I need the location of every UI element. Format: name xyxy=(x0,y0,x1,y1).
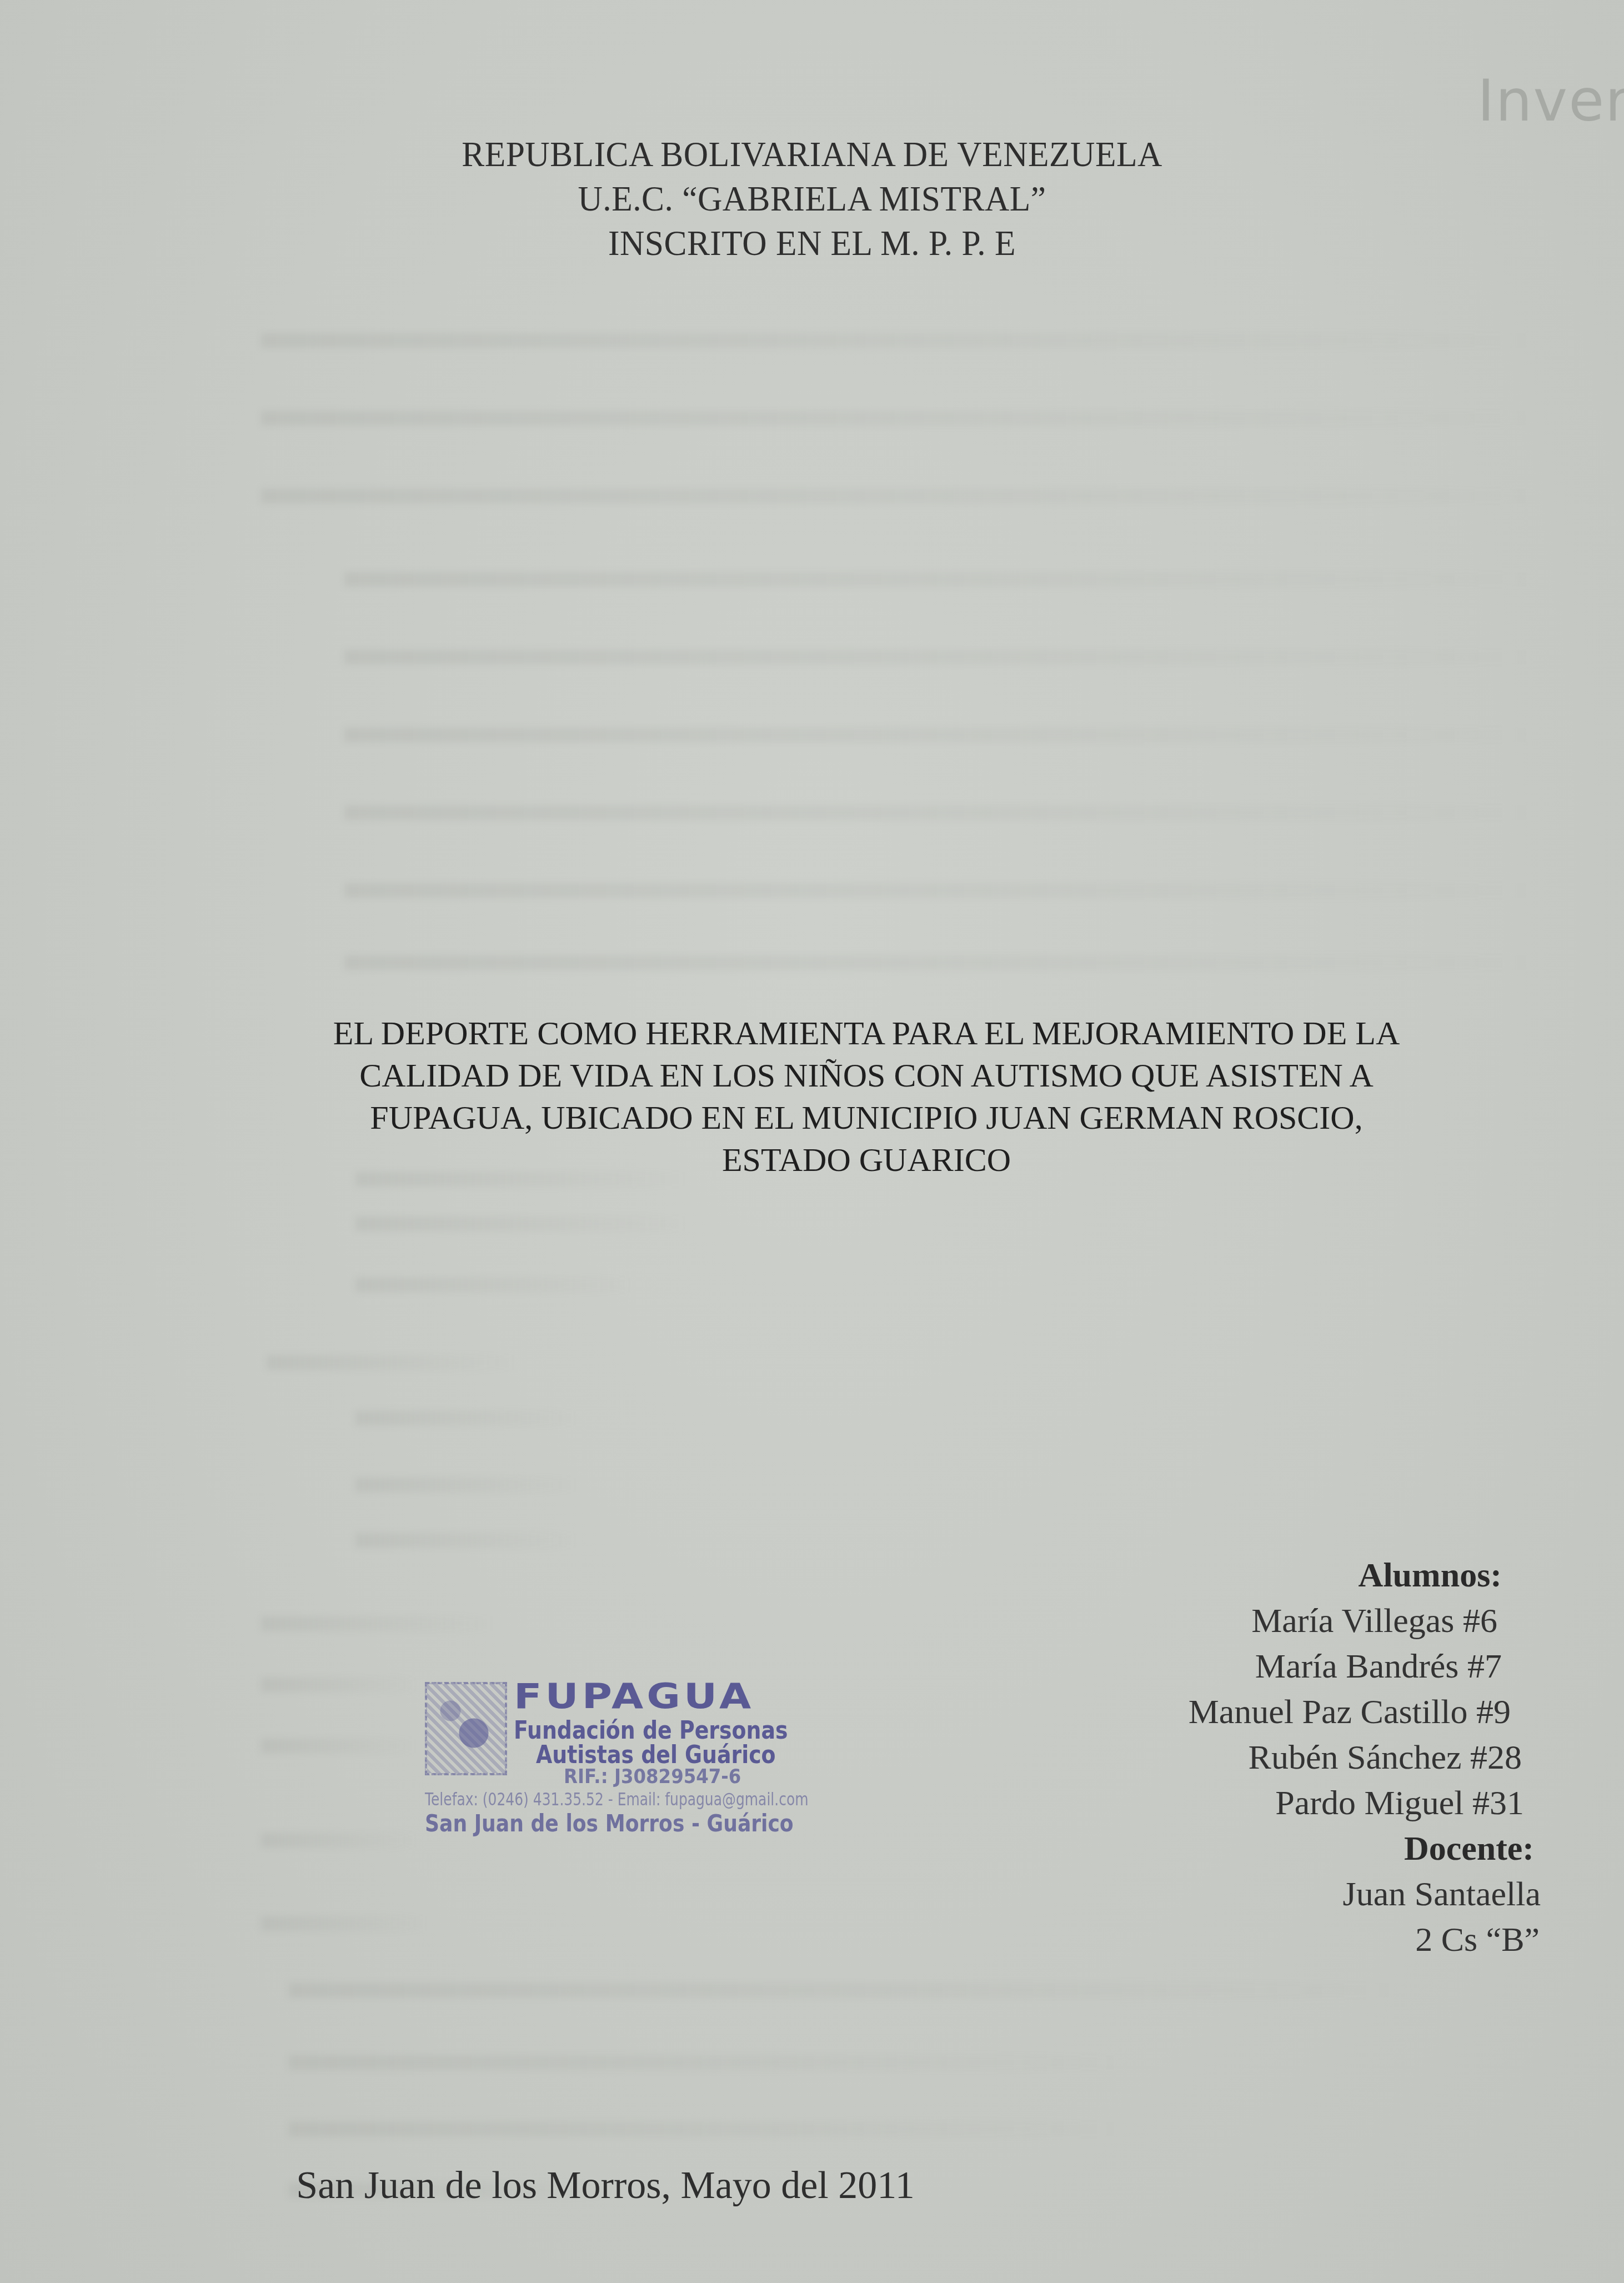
bleed-through-line xyxy=(355,1411,578,1425)
bleed-through-line xyxy=(261,1616,494,1631)
document-title: EL DEPORTE COMO HERRAMIENTA PARA EL MEJO… xyxy=(244,1012,1488,1181)
student-name: María Bandrés #7 xyxy=(1189,1644,1502,1689)
bleed-through-line xyxy=(355,1533,578,1548)
stamp-contact: Telefax: (0246) 431.35.52 - Email: fupag… xyxy=(425,1789,809,1810)
stamp-rif: RIF.: J30829547-6 xyxy=(564,1765,741,1788)
pencil-margin-note: Inver xyxy=(1477,67,1624,134)
students-label: Alumnos: xyxy=(1189,1553,1502,1598)
bleed-through-line xyxy=(289,2055,1122,2070)
title-line: FUPAGUA, UBICADO EN EL MUNICIPIO JUAN GE… xyxy=(244,1097,1488,1139)
bleed-through-line xyxy=(267,1355,517,1370)
bleed-through-line xyxy=(355,1478,578,1492)
bleed-through-line xyxy=(344,805,1538,820)
bleed-through-line xyxy=(344,955,1538,970)
title-line: CALIDAD DE VIDA EN LOS NIÑOS CON AUTISMO… xyxy=(244,1054,1488,1097)
bleed-through-line xyxy=(261,1678,417,1692)
bleed-through-line xyxy=(355,1216,689,1231)
bleed-through-line xyxy=(261,1739,417,1753)
fupagua-stamp: FUPAGUA Fundación de Personas Autistas d… xyxy=(425,1678,853,1839)
bleed-through-line xyxy=(261,333,1538,348)
class-section: 2 Cs “B” xyxy=(1189,1917,1540,1962)
stamp-location: San Juan de los Morros - Guárico xyxy=(425,1810,794,1837)
institution-header: REPUBLICA BOLIVARIANA DE VENEZUELA U.E.C… xyxy=(0,132,1624,266)
bleed-through-line xyxy=(344,572,1538,587)
bleed-through-line xyxy=(344,650,1538,664)
bleed-through-line xyxy=(344,883,1538,898)
title-line: ESTADO GUARICO xyxy=(244,1139,1488,1181)
teacher-name: Juan Santaella xyxy=(1189,1871,1541,1917)
place-and-date: San Juan de los Morros, Mayo del 2011 xyxy=(0,2164,1211,2208)
bleed-through-line xyxy=(261,1916,428,1931)
bleed-through-line xyxy=(261,1833,417,1848)
header-line-country: REPUBLICA BOLIVARIANA DE VENEZUELA xyxy=(32,132,1591,177)
stamp-brand: FUPAGUA xyxy=(514,1678,754,1715)
credits-block: Alumnos: María Villegas #6 María Bandrés… xyxy=(1189,1553,1524,1962)
bleed-through-line xyxy=(261,411,1538,425)
bleed-through-line xyxy=(289,1983,1400,1997)
fupagua-logo-icon xyxy=(425,1682,507,1775)
student-name: María Villegas #6 xyxy=(1189,1598,1497,1644)
bleed-through-line xyxy=(261,489,1538,503)
student-name: Rubén Sánchez #28 xyxy=(1189,1735,1522,1780)
bleed-through-line xyxy=(344,728,1538,742)
teacher-label: Docente: xyxy=(1189,1826,1534,1871)
student-name: Manuel Paz Castillo #9 xyxy=(1189,1689,1511,1735)
bleed-through-line xyxy=(355,1278,633,1292)
title-line: EL DEPORTE COMO HERRAMIENTA PARA EL MEJO… xyxy=(244,1012,1488,1054)
bleed-through-line xyxy=(289,2122,1122,2136)
student-name: Pardo Miguel #31 xyxy=(1189,1780,1524,1826)
header-line-school: U.E.C. “GABRIELA MISTRAL” xyxy=(32,177,1591,221)
header-line-registration: INSCRITO EN EL M. P. P. E xyxy=(32,221,1591,266)
